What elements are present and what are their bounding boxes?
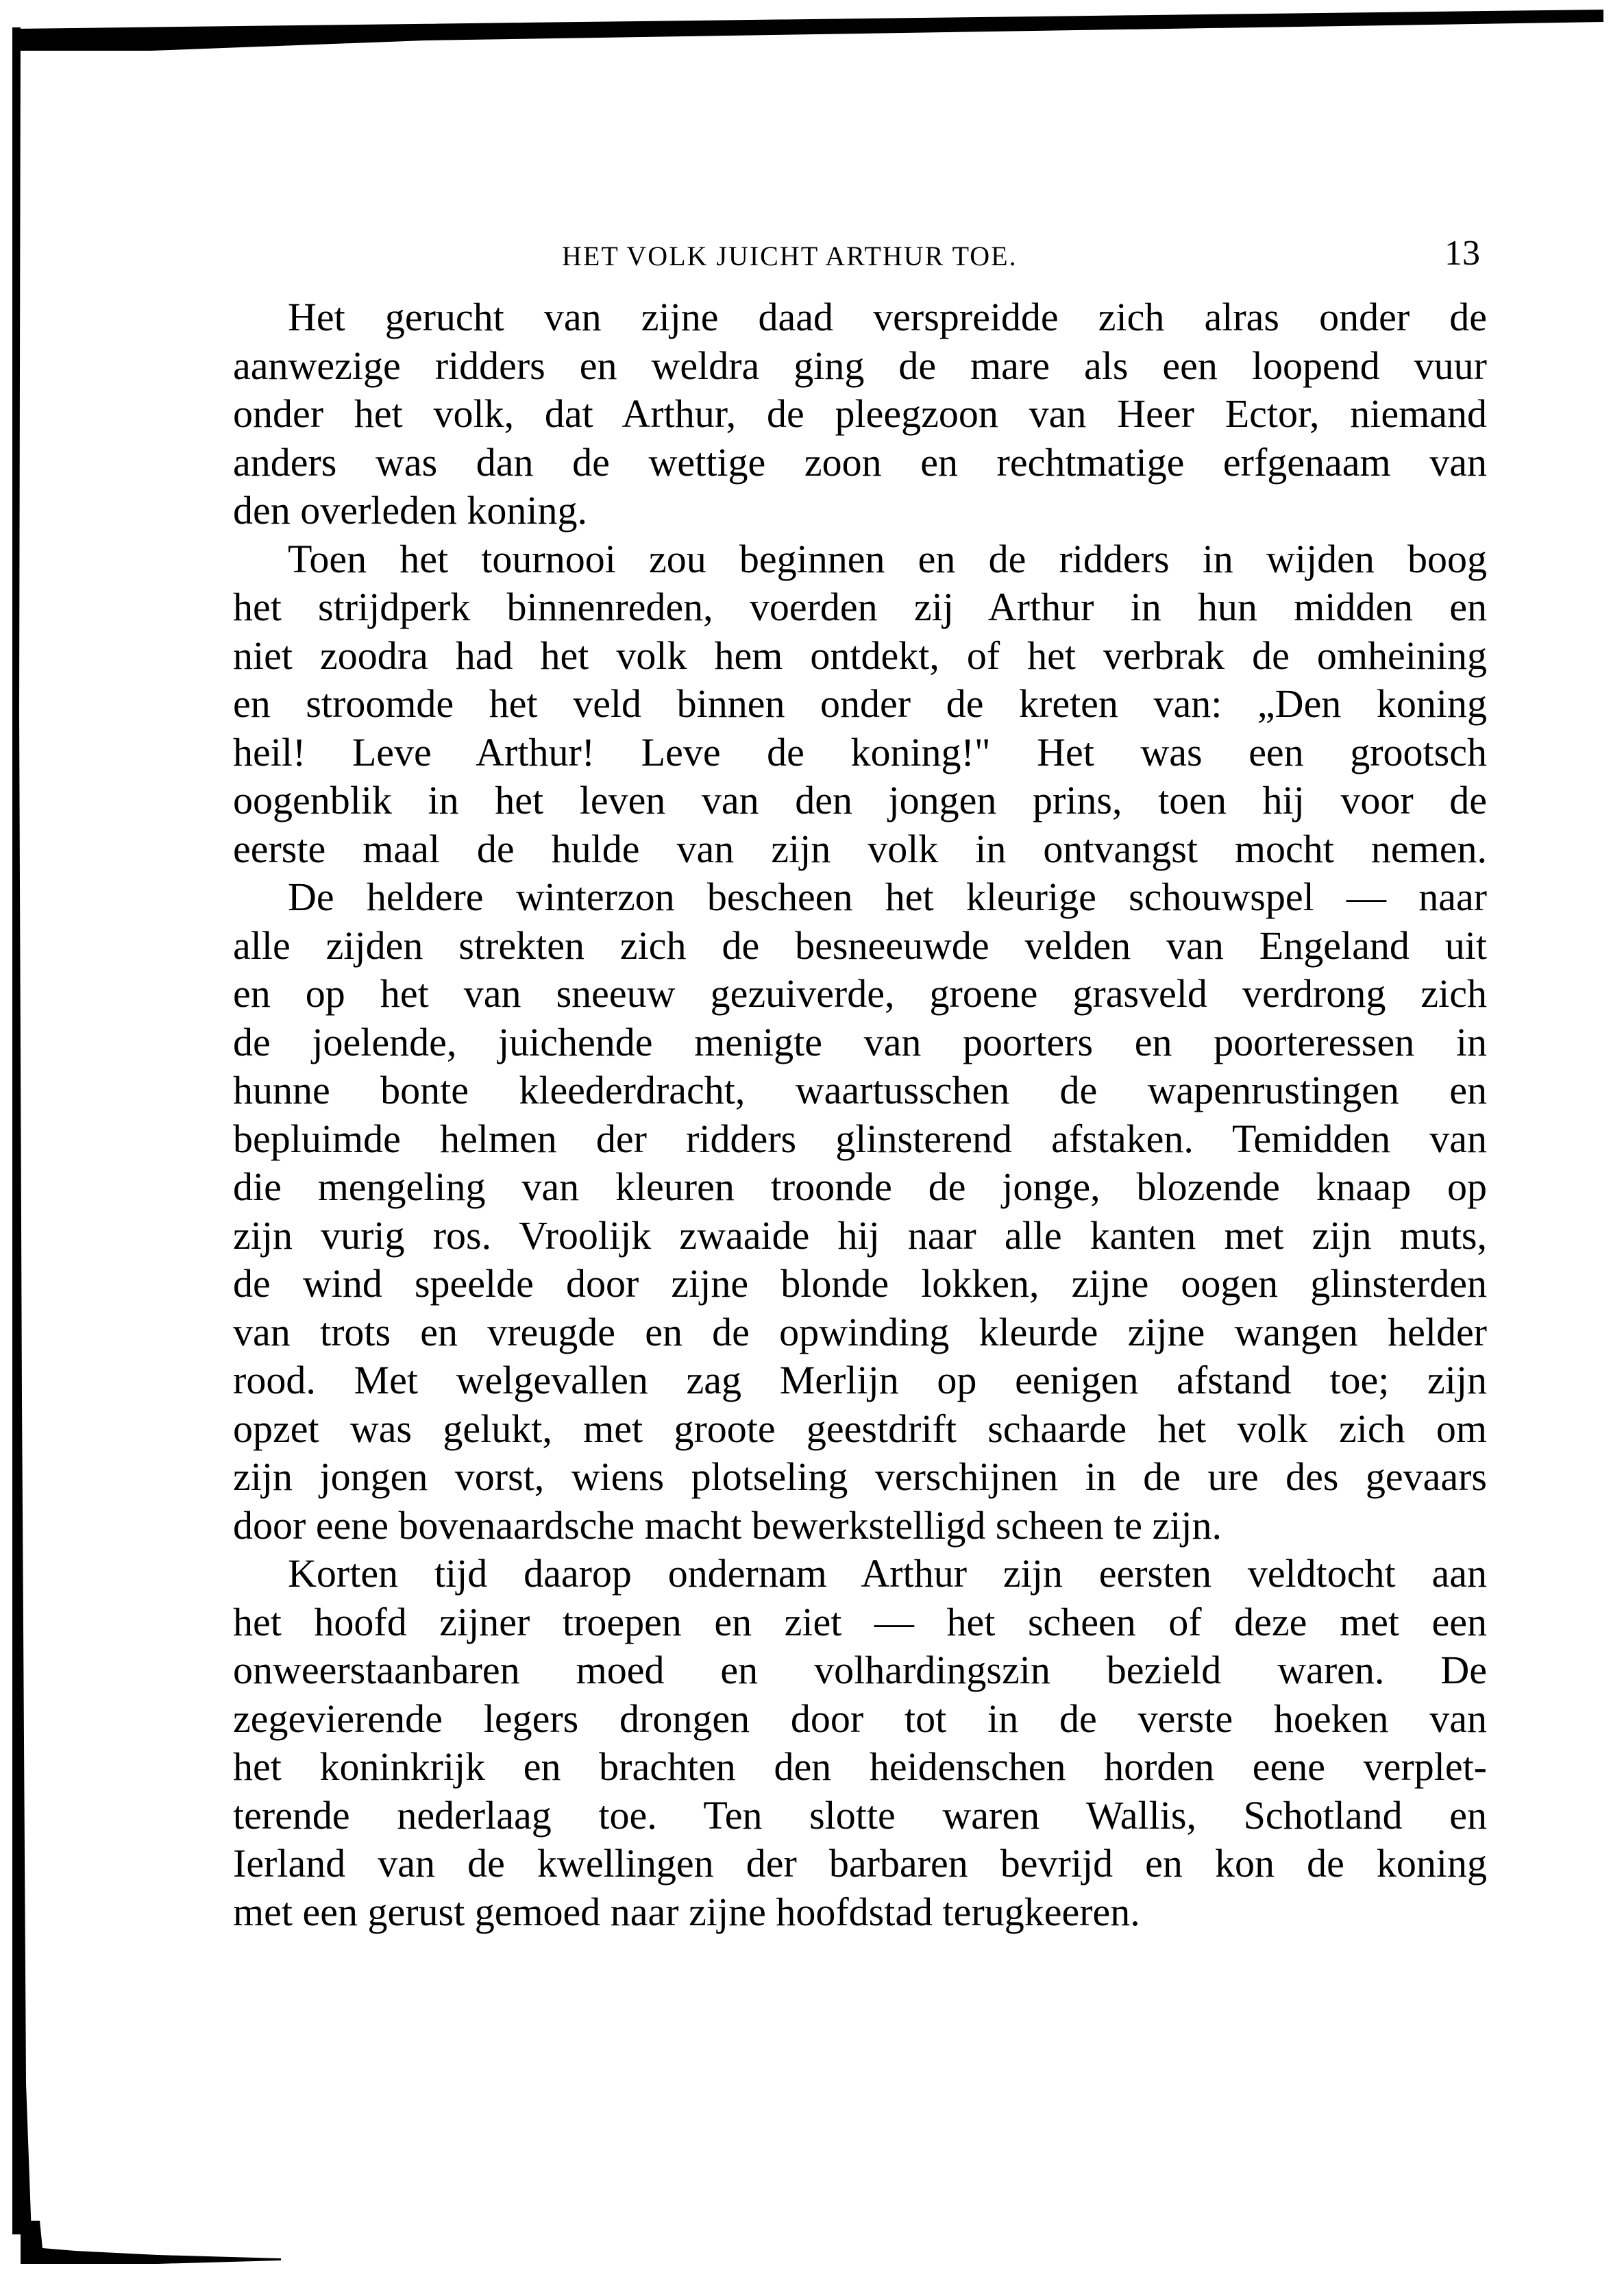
text-line: eerste maal de hulde van zijn volk in on… <box>233 825 1487 874</box>
text-line: De heldere winterzon bescheen het kleuri… <box>233 873 1487 922</box>
text-line: van trots en vreugde en de opwinding kle… <box>233 1308 1487 1357</box>
running-title: HET VOLK JUICHT ARTHUR TOE. <box>562 240 1018 272</box>
text-line: bepluimde helmen der ridders glinsterend… <box>233 1115 1487 1164</box>
page-number: 13 <box>1444 233 1480 273</box>
text-line: de wind speelde door zijne blonde lokken… <box>233 1260 1487 1308</box>
text-line: en op het van sneeuw gezuiverde, groene … <box>233 970 1487 1018</box>
text-line: het koninkrijk en brachten den heidensch… <box>233 1743 1487 1792</box>
text-line: rood. Met welgevallen zag Merlijn op een… <box>233 1356 1487 1405</box>
text-line: anders was dan de wettige zoon en rechtm… <box>233 439 1487 487</box>
text-line: onder het volk, dat Arthur, de pleegzoon… <box>233 390 1487 439</box>
text-line: Toen het tournooi zou beginnen en de rid… <box>233 535 1487 584</box>
text-line: de joelende, juichende menigte van poort… <box>233 1018 1487 1067</box>
text-line: heil! Leve Arthur! Leve de koning!" Het … <box>233 729 1487 777</box>
paragraph: Het gerucht van zijne daad verspreidde z… <box>233 293 1487 535</box>
text-line: terende nederlaag toe. Ten slotte waren … <box>233 1792 1487 1840</box>
text-line: zegevierende legers drongen door tot in … <box>233 1695 1487 1744</box>
text-line: aanwezige ridders en weldra ging de mare… <box>233 342 1487 391</box>
text-line: het hoofd zijner troepen en ziet — het s… <box>233 1598 1487 1647</box>
page-border-left <box>12 27 53 2234</box>
text-line: den overleden koning. <box>233 487 1487 535</box>
text-line: en stroomde het veld binnen onder de kre… <box>233 680 1487 729</box>
text-line: met een gerust gemoed naar zijne hoofdst… <box>233 1888 1487 1937</box>
text-line: door eene bovenaardsche macht bewerkstel… <box>233 1502 1487 1550</box>
text-line: Korten tijd daarop ondernam Arthur zijn … <box>233 1550 1487 1598</box>
text-line: het strijdperk binnenreden, voerden zij … <box>233 583 1487 632</box>
text-line: zijn jongen vorst, wiens plotseling vers… <box>233 1453 1487 1502</box>
text-line: hunne bonte kleederdracht, waartusschen … <box>233 1066 1487 1115</box>
paragraph: Korten tijd daarop ondernam Arthur zijn … <box>233 1550 1487 1936</box>
page-border-top <box>14 10 1624 51</box>
text-line: niet zoodra had het volk hem ontdekt, of… <box>233 632 1487 681</box>
text-line: Ierland van de kwellingen der barbaren b… <box>233 1840 1487 1888</box>
paragraph: Toen het tournooi zou beginnen en de rid… <box>233 535 1487 874</box>
text-line: zijn vurig ros. Vroolijk zwaaide hij naa… <box>233 1212 1487 1260</box>
text-line: opzet was gelukt, met groote geestdrift … <box>233 1405 1487 1454</box>
text-line: alle zijden strekten zich de besneeuwde … <box>233 922 1487 971</box>
text-line: die mengeling van kleuren troonde de jon… <box>233 1163 1487 1212</box>
page-border-bottom-flourish <box>21 2221 295 2269</box>
paragraph: De heldere winterzon bescheen het kleuri… <box>233 873 1487 1550</box>
book-page: HET VOLK JUICHT ARTHUR TOE. 13 Het geruc… <box>233 233 1487 1936</box>
text-line: oogenblik in het leven van den jongen pr… <box>233 777 1487 825</box>
running-head: HET VOLK JUICHT ARTHUR TOE. 13 <box>233 233 1487 288</box>
text-line: onweerstaanbaren moed en volhardingszin … <box>233 1646 1487 1695</box>
body-text: Het gerucht van zijne daad verspreidde z… <box>233 293 1487 1936</box>
text-line: Het gerucht van zijne daad verspreidde z… <box>233 293 1487 342</box>
